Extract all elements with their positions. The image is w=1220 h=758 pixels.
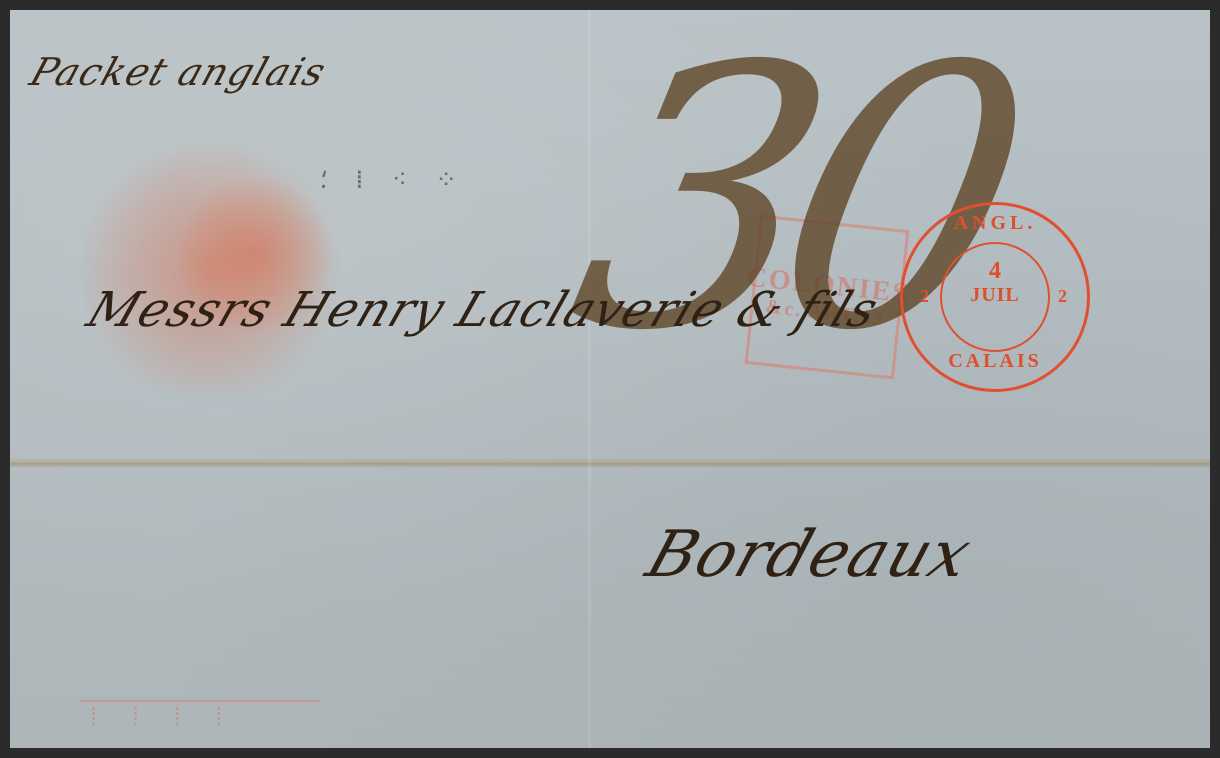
route-instruction: Packet anglais xyxy=(25,50,332,94)
faint-dark-cancel-marks: ⸵ ⁞ ⁖ ⁘ xyxy=(320,160,467,196)
letter-paper: ⸵ ⁞ ⁖ ⁘ COLONIES &c. ART.13 30 Packet an… xyxy=(10,10,1210,748)
datestamp-bottom-text: CALAIS xyxy=(900,350,1090,373)
faded-red-bottom-stamp: ⁞ ⁞ ⁞ ⁞ xyxy=(80,700,320,748)
addressee-line: Messrs Henry Laclaverie & fils xyxy=(80,282,886,338)
horizontal-fold-crease xyxy=(10,458,1210,468)
destination-city: Bordeaux xyxy=(638,518,981,592)
datestamp-day: 4 xyxy=(900,258,1090,285)
datestamp-right-mark: 2 xyxy=(1058,286,1067,307)
datestamp-top-text: ANGL. xyxy=(900,212,1090,235)
datestamp-left-mark: 2 xyxy=(920,286,929,307)
calais-circular-datestamp: ANGL. 4 JUIL 2 2 CALAIS xyxy=(900,202,1090,392)
